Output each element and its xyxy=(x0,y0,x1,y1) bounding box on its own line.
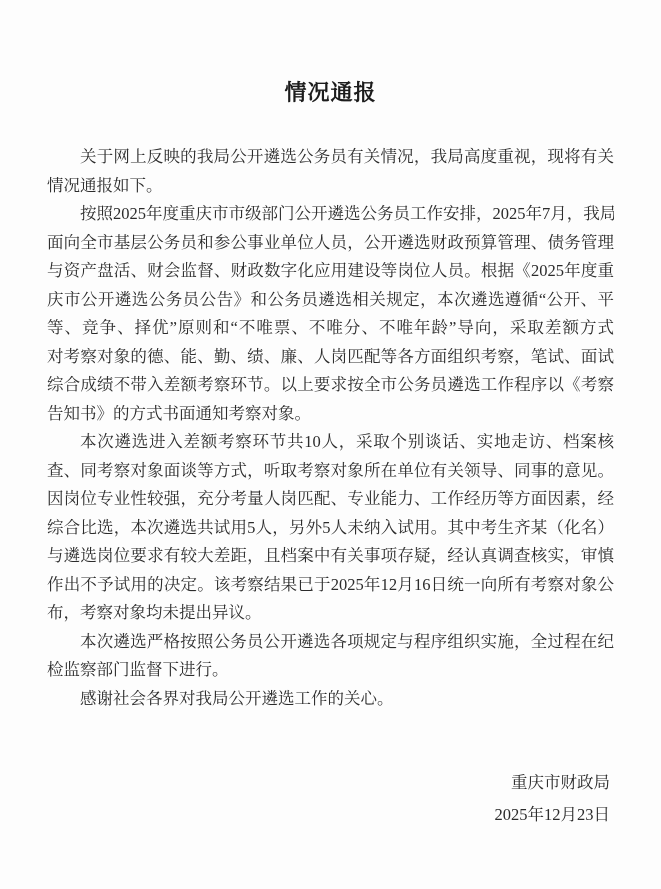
document-line: 检监察部门监督下进行。 xyxy=(47,656,614,685)
paragraph: 本次遴选严格按照公务员公开遴选各项规定与程序组织实施，全过程在纪 检监察部门监督… xyxy=(47,628,614,685)
document-line: 因岗位专业性较强，充分考量人岗匹配、专业能力、工作经历等方面因素，经 xyxy=(47,485,614,514)
document-line: 本次遴选进入差额考察环节共10人，采取个别谈话、实地走访、档案核 xyxy=(47,428,614,457)
paragraph: 本次遴选进入差额考察环节共10人，采取个别谈话、实地走访、档案核 查、同考察对象… xyxy=(47,428,614,628)
paragraph: 感谢社会各界对我局公开遴选工作的关心。 xyxy=(47,685,614,714)
document-line: 与遴选岗位要求有较大差距，且档案中有关事项存疑，经认真调查核实，审慎 xyxy=(47,542,614,571)
paragraph: 按照2025年度重庆市市级部门公开遴选公务员工作安排，2025年7月，我局 面向… xyxy=(47,200,614,428)
issuing-authority: 重庆市财政局 xyxy=(0,767,610,799)
document-line: 本次遴选严格按照公务员公开遴选各项规定与程序组织实施，全过程在纪 xyxy=(47,628,614,657)
document-line: 庆市公开遴选公务员公告》和公务员遴选相关规定，本次遴选遵循“公开、平 xyxy=(47,286,614,315)
document-line: 面向全市基层公务员和参公事业单位人员，公开遴选财政预算管理、债务管理 xyxy=(47,229,614,258)
document-line: 综合成绩不带入差额考察环节。以上要求按全市公务员遴选工作程序以《考察 xyxy=(47,371,614,400)
paragraph: 关于网上反映的我局公开遴选公务员有关情况，我局高度重视，现将有关 情况通报如下。 xyxy=(47,143,614,200)
signature-block: 重庆市财政局 2025年12月23日 xyxy=(0,767,661,831)
page-title: 情况通报 xyxy=(0,0,661,105)
document-line: 布，考察对象均未提出异议。 xyxy=(47,599,614,628)
notice-page: 情况通报 关于网上反映的我局公开遴选公务员有关情况，我局高度重视，现将有关 情况… xyxy=(0,0,661,889)
document-line: 按照2025年度重庆市市级部门公开遴选公务员工作安排，2025年7月，我局 xyxy=(47,200,614,229)
document-line: 与资产盘活、财会监督、财政数字化应用建设等岗位人员。根据《2025年度重 xyxy=(47,257,614,286)
document-body: 关于网上反映的我局公开遴选公务员有关情况，我局高度重视，现将有关 情况通报如下。… xyxy=(47,143,614,713)
document-line: 情况通报如下。 xyxy=(47,172,614,201)
document-line: 对考察对象的德、能、勤、绩、廉、人岗匹配等各方面组织考察，笔试、面试 xyxy=(47,343,614,372)
document-line: 查、同考察对象面谈等方式，听取考察对象所在单位有关领导、同事的意见。 xyxy=(47,457,614,486)
document-line: 综合比选，本次遴选共试用5人，另外5人未纳入试用。其中考生齐某（化名） xyxy=(47,514,614,543)
document-line: 作出不予试用的决定。该考察结果已于2025年12月16日统一向所有考察对象公 xyxy=(47,571,614,600)
document-line: 关于网上反映的我局公开遴选公务员有关情况，我局高度重视，现将有关 xyxy=(47,143,614,172)
document-line: 告知书》的方式书面通知考察对象。 xyxy=(47,400,614,429)
document-line: 等、竞争、择优”原则和“不唯票、不唯分、不唯年龄”导向，采取差额方式 xyxy=(47,314,614,343)
document-line: 感谢社会各界对我局公开遴选工作的关心。 xyxy=(47,685,614,714)
issue-date: 2025年12月23日 xyxy=(0,799,610,831)
